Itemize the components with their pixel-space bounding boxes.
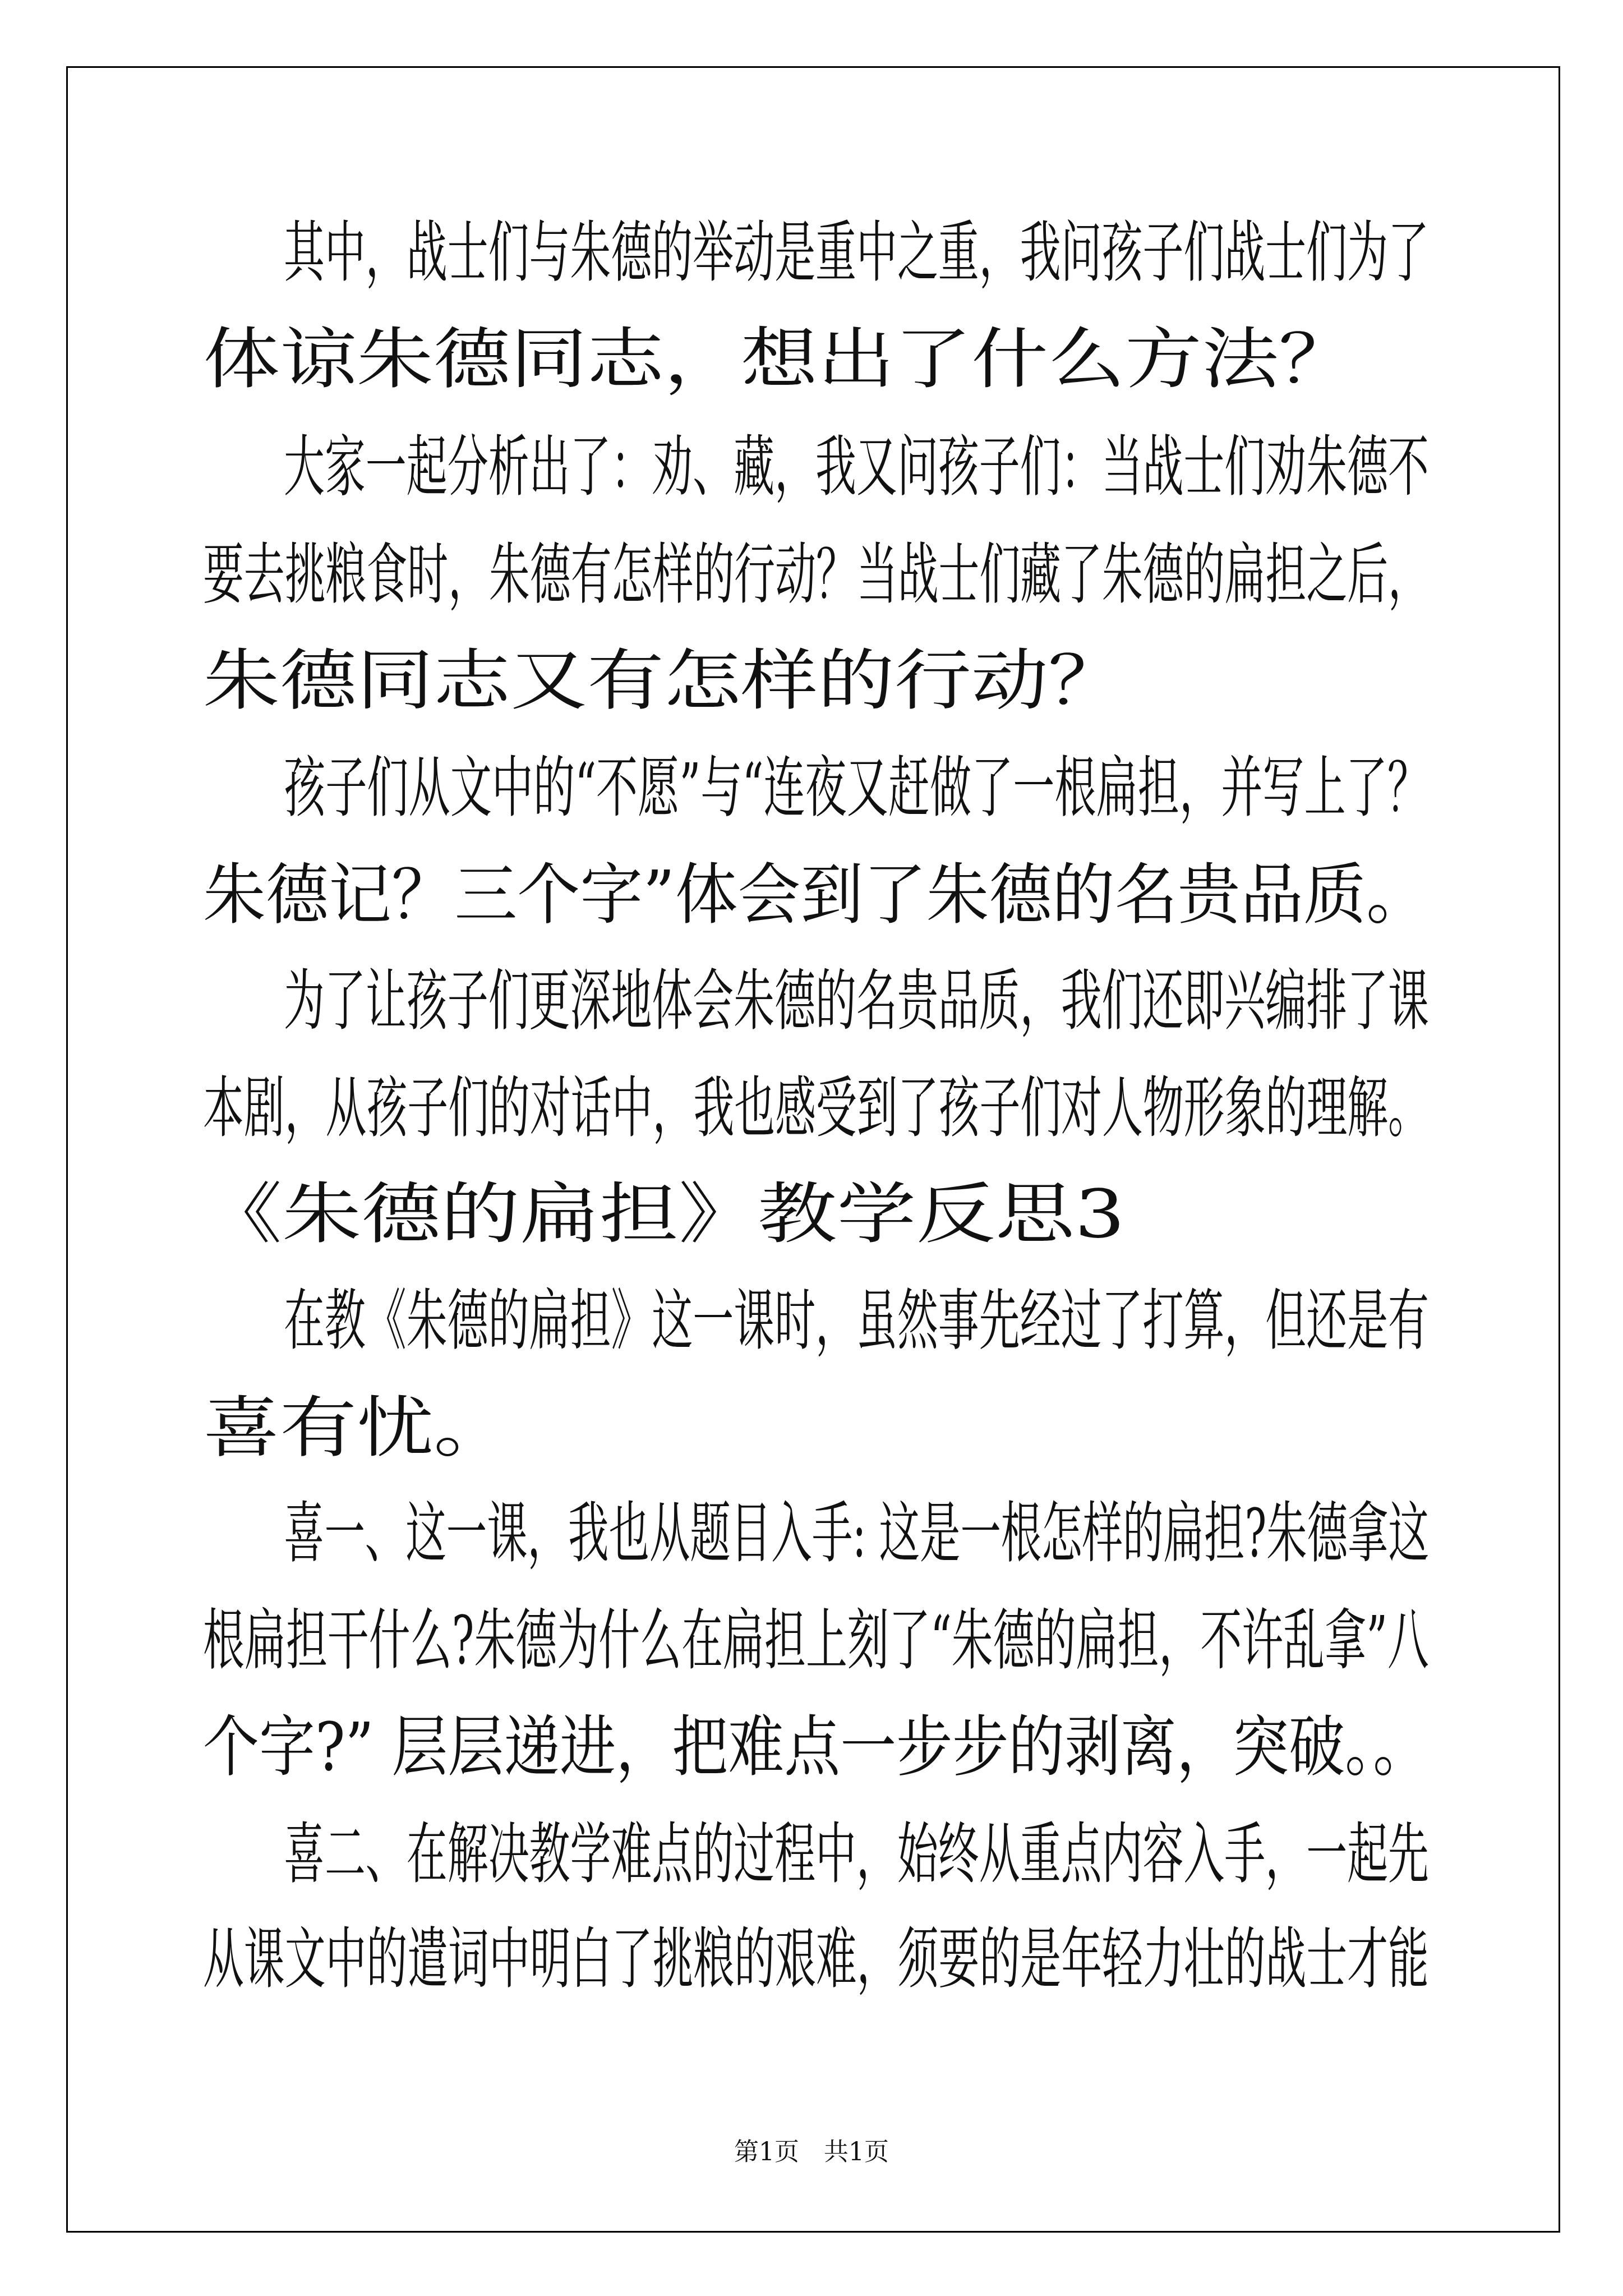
page-footer: 第1页 共1页 — [0, 2132, 1623, 2168]
paragraph-line: 从课文中的遣词中明白了挑粮的艰难，须要的是年轻力壮的战士才能 — [203, 1917, 1246, 2001]
